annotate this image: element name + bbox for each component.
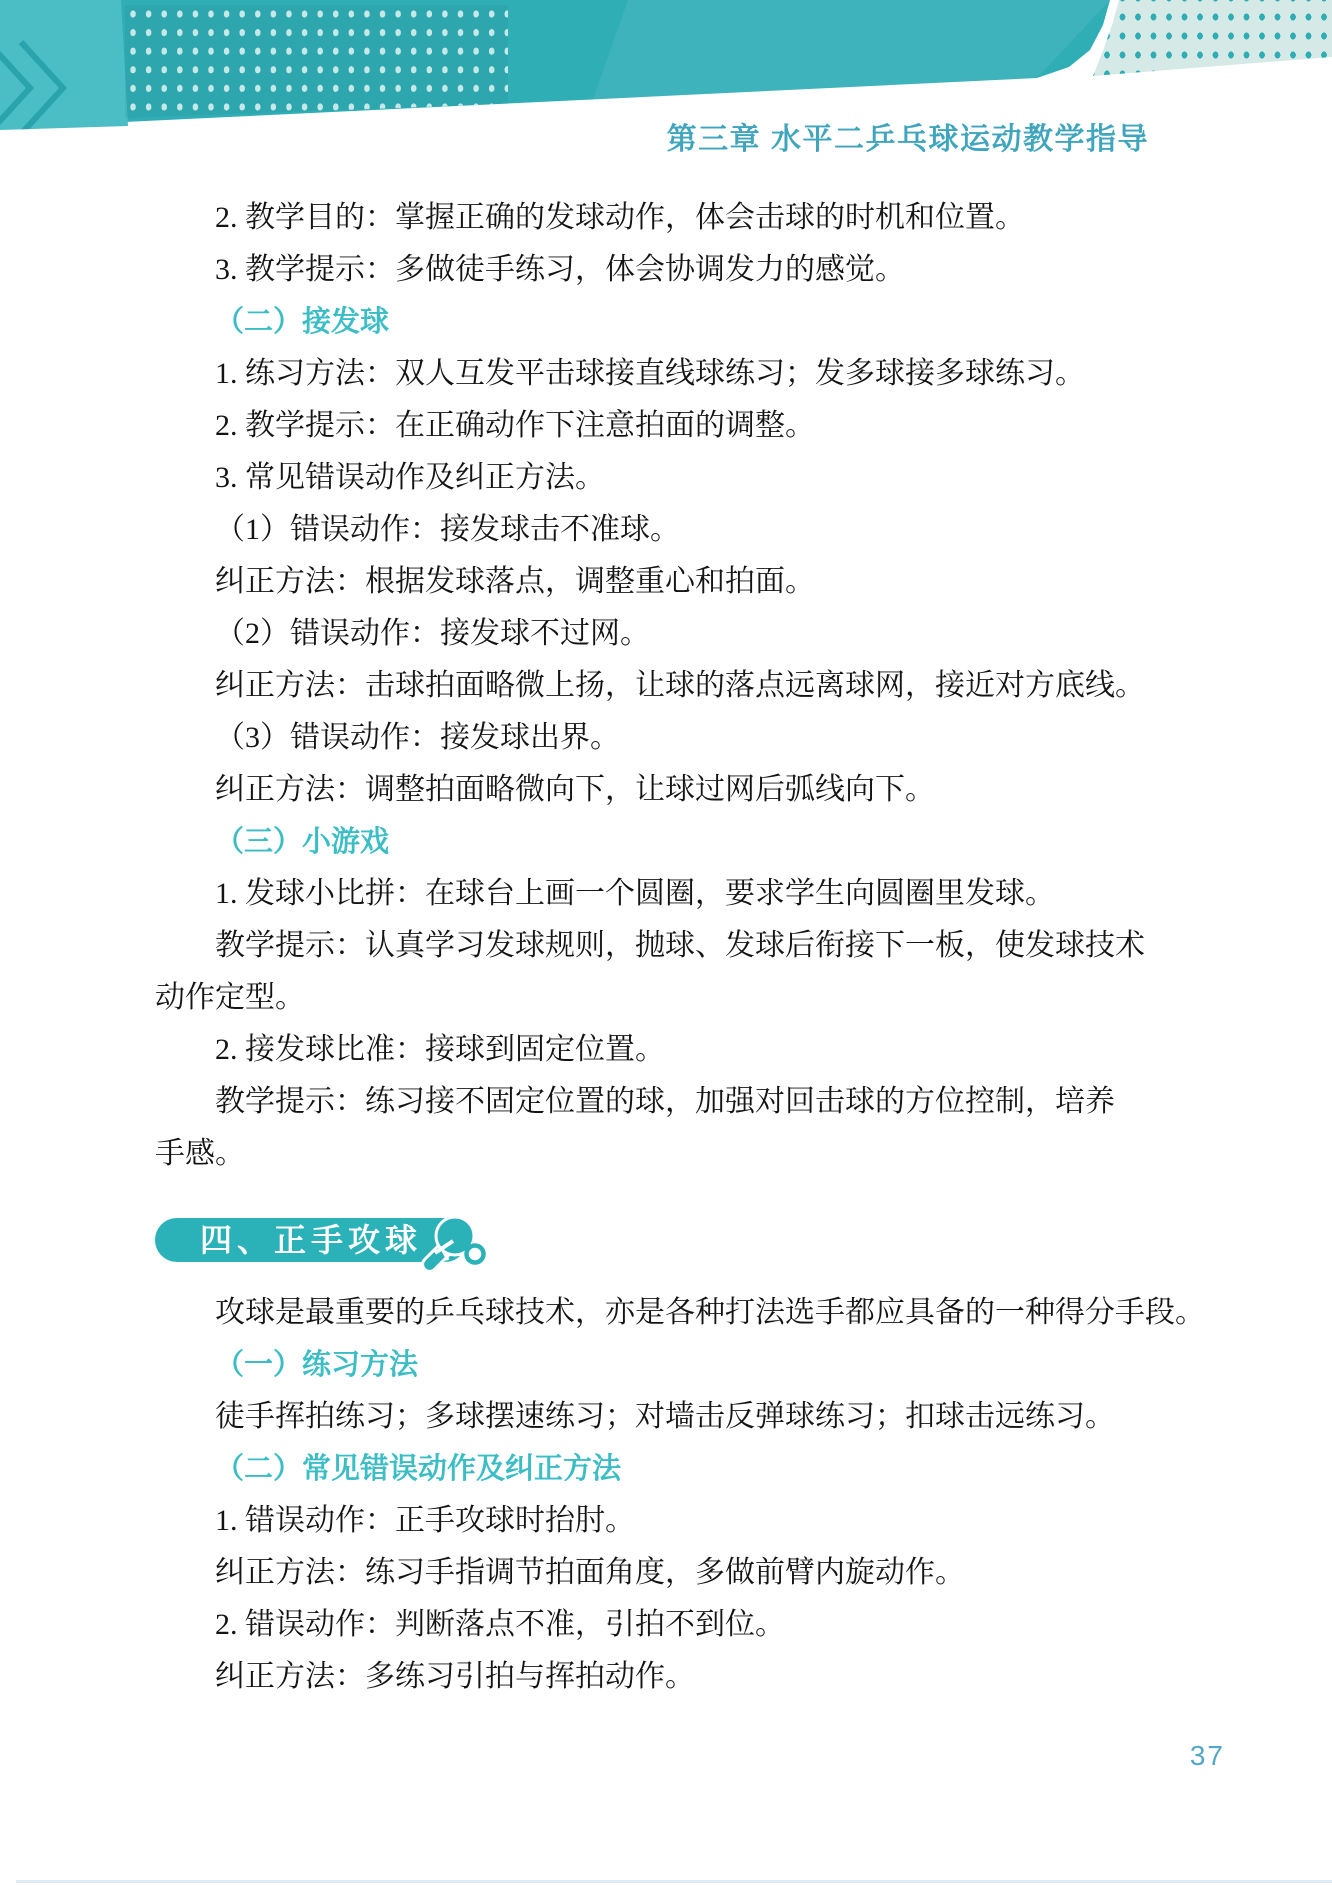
chapter-title: 第三章 水平二乒乓球运动教学指导: [667, 114, 1149, 158]
text-line: 2. 接发球比准：接球到固定位置。: [155, 1024, 1190, 1076]
header-dots-pattern: [125, 5, 508, 123]
subsection-heading: （一）练习方法: [155, 1339, 1190, 1391]
text-block-1: 2. 教学目的：掌握正确的发球动作，体会击球的时机和位置。 3. 教学提示：多做…: [155, 192, 1190, 1180]
subsection-heading: （二）接发球: [155, 296, 1190, 348]
book-page: { "header": { "chapter_title": "第三章 水平二乒…: [0, 0, 1332, 1885]
table-tennis-paddle-icon: [408, 1214, 500, 1276]
text-line: 纠正方法：练习手指调节拍面角度，多做前臂内旋动作。: [155, 1547, 1190, 1599]
text-line: 1. 错误动作：正手攻球时抬肘。: [155, 1495, 1190, 1547]
text-block-2: 攻球是最重要的乒乓球技术，亦是各种打法选手都应具备的一种得分手段。 （一）练习方…: [155, 1287, 1190, 1703]
text-line: 2. 教学目的：掌握正确的发球动作，体会击球的时机和位置。: [155, 192, 1190, 244]
text-line: 3. 常见错误动作及纠正方法。: [155, 452, 1190, 504]
text-line: 徒手挥拍练习；多球摆速练习；对墙击反弹球练习；扣球击远练习。: [155, 1391, 1190, 1443]
double-chevron-icon: [0, 0, 135, 140]
text-line: 动作定型。: [155, 972, 1190, 1024]
text-line: （2）错误动作：接发球不过网。: [155, 608, 1190, 660]
text-line: 攻球是最重要的乒乓球技术，亦是各种打法选手都应具备的一种得分手段。: [155, 1287, 1190, 1339]
text-line: 纠正方法：多练习引拍与挥拍动作。: [155, 1651, 1190, 1703]
text-line: 教学提示：认真学习发球规则，抛球、发球后衔接下一板，使发球技术: [155, 920, 1190, 972]
ball-icon: [467, 1246, 484, 1263]
text-line: 2. 错误动作：判断落点不准，引拍不到位。: [155, 1599, 1190, 1651]
text-line: 2. 教学提示：在正确动作下注意拍面的调整。: [155, 400, 1190, 452]
text-line: 3. 教学提示：多做徒手练习，体会协调发力的感觉。: [155, 244, 1190, 296]
text-line: 教学提示：练习接不固定位置的球，加强对回击球的方位控制，培养: [155, 1076, 1190, 1128]
subsection-heading: （二）常见错误动作及纠正方法: [155, 1443, 1190, 1495]
bottom-rule: [16, 1880, 1332, 1883]
text-line: 手感。: [155, 1128, 1190, 1180]
text-line: 1. 练习方法：双人互发平击球接直线球练习；发多球接多球练习。: [155, 348, 1190, 400]
text-line: 纠正方法：根据发球落点，调整重心和拍面。: [155, 556, 1190, 608]
page-number: 37: [1190, 1740, 1225, 1772]
text-line: 纠正方法：击球拍面略微上扬，让球的落点远离球网，接近对方底线。: [155, 660, 1190, 712]
subsection-heading: （三）小游戏: [155, 816, 1190, 868]
text-line: 纠正方法：调整拍面略微向下，让球过网后弧线向下。: [155, 764, 1190, 816]
text-line: （3）错误动作：接发球出界。: [155, 712, 1190, 764]
header-left-strip: [0, 0, 135, 140]
text-line: 1. 发球小比拼：在球台上画一个圆圈，要求学生向圆圈里发球。: [155, 868, 1190, 920]
text-line: （1）错误动作：接发球击不准球。: [155, 504, 1190, 556]
